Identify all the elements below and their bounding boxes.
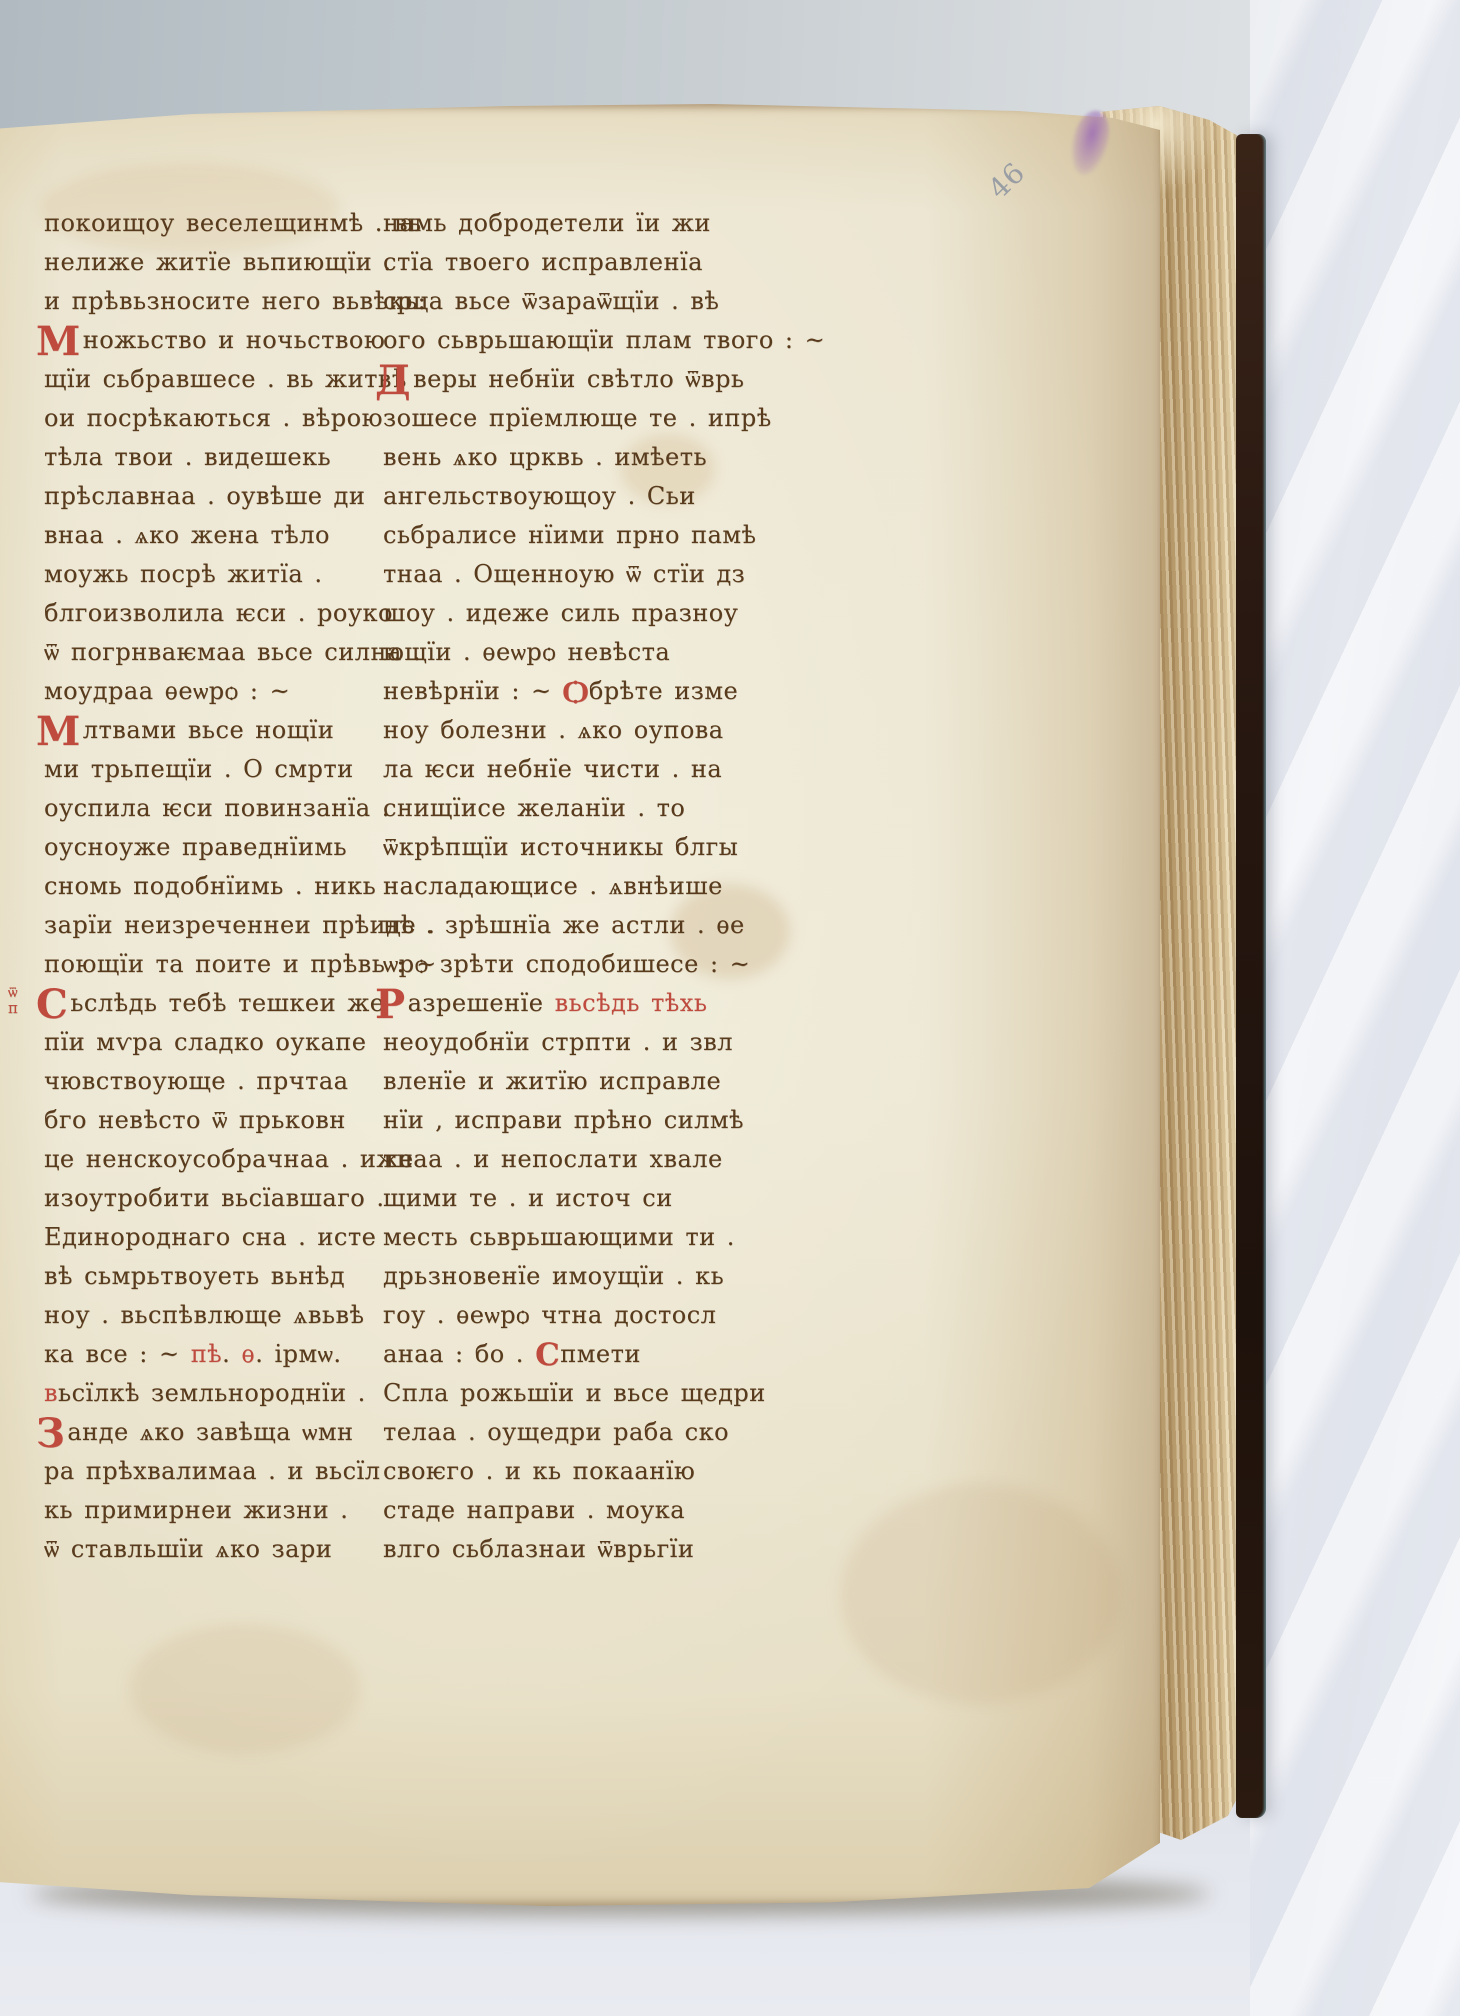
ink-text: покоищоу веселещинмѣ . вь	[44, 209, 422, 237]
manuscript-line: анаа : бо . Спмети	[383, 1335, 923, 1374]
ink-text: сномь подобнїимь . никь	[44, 872, 376, 900]
manuscript-page: 46 покоищоу веселещинмѣ . вьнелиже житїе…	[0, 104, 1160, 1906]
manuscript-line: поющїи та поите и прѣвь : ~	[44, 945, 380, 984]
ink-text: сьбралисе нїими прно памѣ	[383, 521, 756, 549]
manuscript-line: нѣ . зрѣшнїа же астли . ѳе	[383, 906, 923, 945]
manuscript-line: дрьзновенїе имоущїи . кь	[383, 1257, 923, 1296]
ink-text: влго сьблазнаи ѿврьгїи	[383, 1535, 694, 1563]
ink-text: стаде направи . моука	[383, 1496, 685, 1524]
manuscript-line: тѣла твои . видешекь	[44, 438, 380, 477]
manuscript-line: щїи сьбравшесе . вь житвѣ	[44, 360, 380, 399]
margin-rubric-note: ѿ п	[8, 984, 18, 1016]
rubric-text: ѳ	[241, 1340, 255, 1368]
manuscript-line: щими те . и источ си	[383, 1179, 923, 1218]
ink-text: азрешенїе	[408, 989, 555, 1017]
rubric-text: в	[44, 1379, 58, 1407]
folio-number: 46	[982, 156, 1032, 206]
ink-text: гоу . ѳеѡрѻ чтна достосл	[383, 1301, 716, 1329]
rubric-initial: С	[36, 981, 68, 1028]
ink-text: нїи , исправи прѣно силмѣ	[383, 1106, 744, 1134]
ink-text: снищїисе желанїи . то	[383, 794, 685, 822]
ink-text: срца вьсе ѿзараѿщїи . вѣ	[383, 287, 719, 315]
ink-text: своѥго . и кь покаанїю	[383, 1457, 695, 1485]
parchment-stain	[130, 1624, 360, 1754]
ink-text: намь добродетели їи жи	[383, 209, 711, 237]
manuscript-line: ѿ ставльшїи ѧко зари	[44, 1530, 380, 1569]
ink-text: ьсїлкѣ земльнороднїи .	[58, 1379, 366, 1407]
manuscript-line: месть сьврьшающими ти .	[383, 1218, 923, 1257]
manuscript-line: тнаа . Ощенноую ѿ стїи дз	[383, 555, 923, 594]
manuscript-line: шоу . идеже силь празноу	[383, 594, 923, 633]
ink-text: . ірмѡ.	[255, 1340, 341, 1368]
ink-text: щїи сьбравшесе . вь житвѣ	[44, 365, 407, 393]
text-column-right: намь добродетели їи жистїа твоего исправ…	[383, 204, 923, 1569]
backdrop-right	[1250, 0, 1460, 2016]
ink-text: неоудобнїи стрпти . и звл	[383, 1028, 733, 1056]
manuscript-line: вѣ сьмрьтвоуеть вьнѣд	[44, 1257, 380, 1296]
manuscript-line: ѿ пСьслѣдь тебѣ тешкеи же	[44, 984, 380, 1023]
ink-text: щими те . и источ си	[383, 1184, 673, 1212]
manuscript-line: ноу болезни . ѧко оупова	[383, 711, 923, 750]
manuscript-line: ра прѣхвалимаа . и вьсїл	[44, 1452, 380, 1491]
ink-text: зошесе прїемлюще те . ипрѣ	[383, 404, 772, 432]
ink-text: насладающисе . ѧвнѣише	[383, 872, 723, 900]
manuscript-line: влго сьблазнаи ѿврьгїи	[383, 1530, 923, 1569]
ink-text: ра прѣхвалимаа . и вьсїл	[44, 1457, 380, 1485]
rubric-initial: М	[36, 318, 81, 365]
ink-text: .	[222, 1340, 241, 1368]
rubric-text: С	[535, 1337, 560, 1373]
manuscript-line: телаа . оущедри раба ско	[383, 1413, 923, 1452]
manuscript-line: снищїисе желанїи . то	[383, 789, 923, 828]
ink-text: ого сьврьшающїи плам твого : ~	[383, 326, 825, 354]
manuscript-line: бго невѣсто ѿ прьковн	[44, 1101, 380, 1140]
manuscript-line: покоищоу веселещинмѣ . вь	[44, 204, 380, 243]
ink-text: тѣла твои . видешекь	[44, 443, 331, 471]
manuscript-line: моудраа ѳеѡрѻ : ~	[44, 672, 380, 711]
ink-text: ноу болезни . ѧко оупова	[383, 716, 724, 744]
manuscript-line: вень ѧко црквь . имѣеть	[383, 438, 923, 477]
ink-text: оусноуже праведнїимь	[44, 833, 347, 861]
ink-text: и прѣвьзносите него вьвѣкь:	[44, 287, 426, 315]
manuscript-photo-scene: 46 покоищоу веселещинмѣ . вьнелиже житїе…	[0, 0, 1460, 2016]
ink-text: анде ѧко завѣща ѡмн	[67, 1418, 353, 1446]
manuscript-line: Млтвами вьсе нощїи	[44, 711, 380, 750]
ink-text: Единороднаго сна . исте	[44, 1223, 376, 1251]
manuscript-line: стаде направи . моука	[383, 1491, 923, 1530]
ink-text: бго невѣсто ѿ прьковн	[44, 1106, 346, 1134]
manuscript-line: ѿ погрнваѥмаа вьсе силна .	[44, 633, 380, 672]
ink-text: ѿ ставльшїи ѧко зари	[44, 1535, 332, 1563]
ink-text: тнаа . Ощенноую ѿ стїи дз	[383, 560, 745, 588]
manuscript-line: намь добродетели їи жи	[383, 204, 923, 243]
manuscript-line: стїа твоего исправленїа	[383, 243, 923, 282]
manuscript-line: чювствоующе . прчтаа	[44, 1062, 380, 1101]
manuscript-line: изоутробити вьсїавшаго .	[44, 1179, 380, 1218]
manuscript-line: внаа . ѧко жена тѣло	[44, 516, 380, 555]
manuscript-line: ои посрѣкаються . вѣрою	[44, 399, 380, 438]
text-column-left: покоищоу веселещинмѣ . вьнелиже житїе вь…	[44, 204, 380, 1569]
manuscript-line: ого сьврьшающїи плам твого : ~	[383, 321, 923, 360]
ink-text: дрьзновенїе имоущїи . кь	[383, 1262, 724, 1290]
rubric-initial: М	[36, 708, 81, 755]
manuscript-line: ѡрѻ зрѣти сподобишесе : ~	[383, 945, 923, 984]
ink-text: телаа . оущедри раба ско	[383, 1418, 729, 1446]
manuscript-line: неоудобнїи стрпти . и звл	[383, 1023, 923, 1062]
ink-text: моужь посрѣ житїа .	[44, 560, 322, 588]
ink-text: моудраа ѳеѡрѻ : ~	[44, 677, 290, 705]
ink-text: ла ѥси небнїе чисти . на	[383, 755, 722, 783]
ink-text: ющїи . ѳеѡрѻ невѣста	[383, 638, 670, 666]
ink-text: блгоизволила ѥси . роуко	[44, 599, 393, 627]
ink-text: стїа твоего исправленїа	[383, 248, 703, 276]
manuscript-line: вленїе и житїю исправле	[383, 1062, 923, 1101]
ink-text: ка все : ~	[44, 1340, 191, 1368]
ink-text: ѡрѻ зрѣти сподобишесе : ~	[383, 950, 750, 978]
manuscript-line: кь примирнеи жизни .	[44, 1491, 380, 1530]
manuscript-line: невѣрнїи : ~ Ѻбрѣте изме	[383, 672, 923, 711]
rubric-initial: Д	[375, 357, 411, 404]
rubric-text: пѣ	[191, 1340, 222, 1368]
rubric-initial: Р	[375, 981, 406, 1028]
manuscript-line: це ненскоусобрачнаа . иже	[44, 1140, 380, 1179]
manuscript-line: насладающисе . ѧвнѣише	[383, 867, 923, 906]
ink-text: невѣрнїи : ~	[383, 677, 563, 705]
ink-text: изоутробити вьсїавшаго .	[44, 1184, 385, 1212]
ink-text: тнаа . и непослати хвале	[383, 1145, 723, 1173]
ink-text: лтвами вьсе нощїи	[83, 716, 334, 744]
ink-text: Спла рожьшїи и вьсе щедри	[383, 1379, 766, 1407]
ink-text: нелиже житїе вьпиющїи .	[44, 248, 391, 276]
manuscript-line: своѥго . и кь покаанїю	[383, 1452, 923, 1491]
manuscript-line: ющїи . ѳеѡрѻ невѣста	[383, 633, 923, 672]
manuscript-line: нїи , исправи прѣно силмѣ	[383, 1101, 923, 1140]
manuscript-line: ка все : ~ пѣ. ѳ. ірмѡ.	[44, 1335, 380, 1374]
manuscript-line: ѿкрѣпщїи источникы блгы	[383, 828, 923, 867]
ink-text: нѣ . зрѣшнїа же астли . ѳе	[383, 911, 745, 939]
manuscript-line: тнаа . и непослати хвале	[383, 1140, 923, 1179]
book-cover-edge	[1236, 134, 1266, 1818]
ink-text: пмети	[560, 1340, 641, 1368]
manuscript-line: ноу . вьспѣвлюще ѧвьвѣ	[44, 1296, 380, 1335]
manuscript-line: Множьство и ночьствою	[44, 321, 380, 360]
manuscript-line: блгоизволила ѥси . роуко	[44, 594, 380, 633]
manuscript-line: оуспила ѥси повинзанїа .	[44, 789, 380, 828]
ink-text: месть сьврьшающими ти .	[383, 1223, 735, 1251]
manuscript-line: зарїи неизреченнеи прѣиде .	[44, 906, 380, 945]
ink-text: брѣте изме	[589, 677, 738, 705]
manuscript-line: Занде ѧко завѣща ѡмн	[44, 1413, 380, 1452]
ink-text: вень ѧко црквь . имѣеть	[383, 443, 707, 471]
manuscript-line: нелиже житїе вьпиющїи .	[44, 243, 380, 282]
ink-text: веры небнїи свѣтло ѿврь	[413, 365, 744, 393]
ink-text: пїи мѵра сладко оукапе	[44, 1028, 366, 1056]
manuscript-line: Спла рожьшїи и вьсе щедри	[383, 1374, 923, 1413]
ink-text: чювствоующе . прчтаа	[44, 1067, 349, 1095]
manuscript-line: прѣславнаа . оувѣше ди	[44, 477, 380, 516]
manuscript-line: моужь посрѣ житїа .	[44, 555, 380, 594]
manuscript-line: ми трьпещїи . О смрти	[44, 750, 380, 789]
manuscript-line: сьбралисе нїими прно памѣ	[383, 516, 923, 555]
manuscript-line: срца вьсе ѿзараѿщїи . вѣ	[383, 282, 923, 321]
ink-text: шоу . идеже силь празноу	[383, 599, 738, 627]
ink-text: оуспила ѥси повинзанїа .	[44, 794, 390, 822]
ink-text: це ненскоусобрачнаа . иже	[44, 1145, 414, 1173]
ink-text: ноу . вьспѣвлюще ѧвьвѣ	[44, 1301, 364, 1329]
ink-text: вѣ сьмрьтвоуеть вьнѣд	[44, 1262, 345, 1290]
ink-text: ои посрѣкаються . вѣрою	[44, 404, 383, 432]
manuscript-line: и прѣвьзносите него вьвѣкь:	[44, 282, 380, 321]
ink-text: зарїи неизреченнеи прѣиде .	[44, 911, 435, 939]
manuscript-line: ла ѥси небнїе чисти . на	[383, 750, 923, 789]
manuscript-line: Разрешенїе вьсѣдь тѣхь	[383, 984, 923, 1023]
manuscript-line: Единороднаго сна . исте	[44, 1218, 380, 1257]
manuscript-line: сномь подобнїимь . никь	[44, 867, 380, 906]
manuscript-line: Дверы небнїи свѣтло ѿврь	[383, 360, 923, 399]
manuscript-line: оусноуже праведнїимь	[44, 828, 380, 867]
ink-text: поющїи та поите и прѣвь : ~	[44, 950, 437, 978]
ink-text: ѿ погрнваѥмаа вьсе силна .	[44, 638, 421, 666]
manuscript-line: зошесе прїемлюще те . ипрѣ	[383, 399, 923, 438]
ink-text: ѿкрѣпщїи источникы блгы	[383, 833, 738, 861]
ink-text: ми трьпещїи . О смрти	[44, 755, 354, 783]
ink-text: кь примирнеи жизни .	[44, 1496, 348, 1524]
ink-text: анаа : бо .	[383, 1340, 535, 1368]
ink-text: вленїе и житїю исправле	[383, 1067, 721, 1095]
rubric-initial: З	[36, 1410, 65, 1457]
manuscript-line: ангельствоующоу . Сьи	[383, 477, 923, 516]
manuscript-line: пїи мѵра сладко оукапе	[44, 1023, 380, 1062]
ink-text: ножьство и ночьствою	[83, 326, 385, 354]
manuscript-line: гоу . ѳеѡрѻ чтна достосл	[383, 1296, 923, 1335]
ink-text: ьслѣдь тебѣ тешкеи же	[70, 989, 384, 1017]
rubric-text: вьсѣдь тѣхь	[555, 989, 708, 1017]
manuscript-line: вьсїлкѣ земльнороднїи .	[44, 1374, 380, 1413]
rubric-text: Ѻ	[563, 674, 589, 710]
ink-text: прѣславнаа . оувѣше ди	[44, 482, 365, 510]
ink-text: внаа . ѧко жена тѣло	[44, 521, 330, 549]
ink-text: ангельствоующоу . Сьи	[383, 482, 696, 510]
